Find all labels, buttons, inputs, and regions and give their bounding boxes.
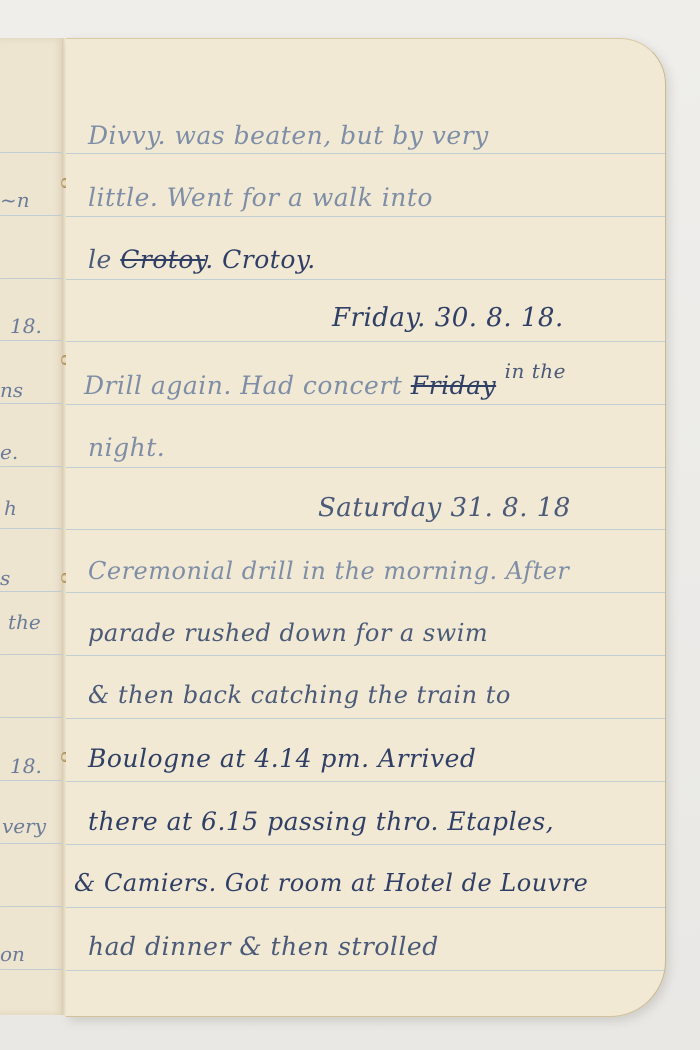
left-fragment: very [2, 814, 46, 838]
ruled-line [0, 780, 66, 781]
ruled-line [66, 592, 665, 593]
scan-stage: ~n 18. ns e. h s the 18. very on Divvy. … [0, 0, 700, 1050]
ruled-line [0, 717, 66, 718]
diary-line: night. [88, 433, 165, 462]
ruled-line [66, 655, 665, 656]
ruled-line [0, 403, 66, 404]
ruled-line [0, 215, 66, 216]
struck-word: Crotoy [120, 245, 205, 274]
ruled-line [66, 970, 665, 971]
ruled-line [66, 467, 665, 468]
inserted-text: in the [505, 359, 566, 383]
diary-line: le Crotoy. Crotoy. [88, 245, 316, 274]
diary-line: had dinner & then strolled [88, 932, 439, 961]
ruled-line [0, 969, 66, 970]
diary-line: Drill again. Had concert Friday in the [84, 371, 566, 400]
ruled-line [0, 654, 66, 655]
ruled-line [0, 591, 66, 592]
left-fragment: h [4, 496, 17, 520]
ruled-line [66, 341, 665, 342]
ruled-line [66, 529, 665, 530]
left-fragment: the [8, 610, 41, 634]
left-fragment: on [0, 942, 25, 966]
left-fragment: e. [0, 440, 18, 464]
ruled-line [0, 528, 66, 529]
left-page: ~n 18. ns e. h s the 18. very on [0, 38, 66, 1015]
line-prefix: Drill again. Had concert [84, 371, 411, 400]
diary-line: Divvy. was beaten, but by very [88, 121, 489, 150]
left-fragment: ns [0, 378, 23, 402]
line-prefix: le [88, 245, 120, 274]
ruled-line [66, 907, 665, 908]
ruled-line [66, 404, 665, 405]
ruled-line [66, 153, 665, 154]
left-fragment: 18. [10, 314, 42, 338]
ruled-line [66, 279, 665, 280]
ruled-line [66, 216, 665, 217]
left-fragment: 18. [10, 754, 42, 778]
diary-line: Boulogne at 4.14 pm. Arrived [88, 744, 476, 773]
ruled-line [66, 844, 665, 845]
left-fragment: s [0, 566, 10, 590]
diary-line: & then back catching the train to [88, 681, 511, 709]
ruled-line [0, 906, 66, 907]
entry-date-heading: Friday. 30. 8. 18. [332, 303, 564, 333]
ruled-line [66, 781, 665, 782]
entry-date-heading: Saturday 31. 8. 18 [318, 493, 571, 523]
ruled-line [0, 152, 66, 153]
ruled-line [0, 278, 66, 279]
ruled-line [0, 843, 66, 844]
line-text: . Crotoy. [205, 245, 315, 274]
diary-line: & Camiers. Got room at Hotel de Louvre [74, 869, 588, 897]
left-fragment: ~n [0, 188, 30, 212]
struck-word: Friday [411, 371, 496, 400]
ruled-line [0, 340, 66, 341]
diary-line: Ceremonial drill in the morning. After [88, 557, 569, 585]
ruled-line [66, 718, 665, 719]
diary-line: there at 6.15 passing thro. Etaples, [88, 807, 554, 836]
ruled-line [0, 466, 66, 467]
diary-line: parade rushed down for a swim [88, 619, 488, 647]
right-page: Divvy. was beaten, but by very little. W… [66, 38, 666, 1017]
diary-line: little. Went for a walk into [88, 183, 433, 212]
